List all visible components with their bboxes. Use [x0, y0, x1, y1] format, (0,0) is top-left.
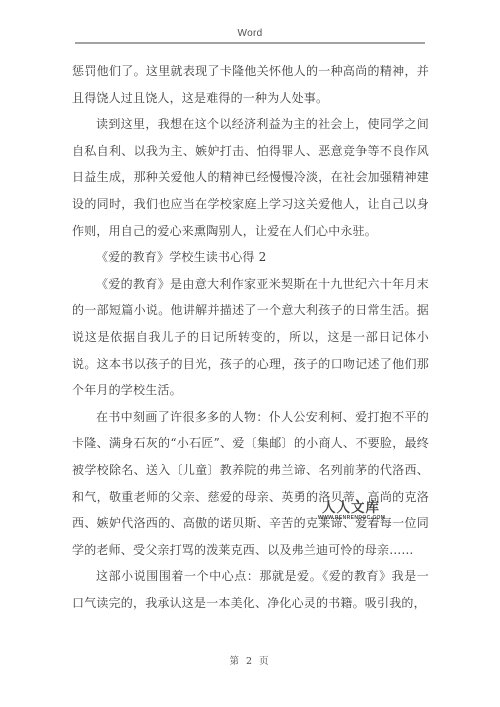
section-heading: 《爱的教育》学校生读书心得 2 — [72, 244, 429, 271]
paragraph-continuation: 惩罚他们了。这里就表现了卡隆他关怀他人的一种高尚的精神，并且得饶人过且饶人，这是… — [72, 58, 429, 111]
paragraph-reflection: 读到这里，我想在这个以经济利益为主的社会上，使同学之间自私自利、以我为主、嫉妒打… — [72, 111, 429, 244]
page-number-footer: 第 2 页 — [0, 653, 500, 667]
paragraph-characters: 在书中刻画了许很多多的人物：仆人公安利柯、爱打抱不平的卡隆、满身石灰的“小石匠”… — [72, 404, 429, 564]
page-header-app-label: Word — [0, 28, 500, 39]
document-body: 惩罚他们了。这里就表现了卡隆他关怀他人的一种高尚的精神，并且得饶人过且饶人，这是… — [72, 58, 429, 616]
paragraph-theme: 这部小说围围着一个中心点：那就是爱。《爱的教育》我是一口气读完的，我承认这是一本… — [72, 563, 429, 616]
document-page: Word 惩罚他们了。这里就表现了卡隆他关怀他人的一种高尚的精神，并且得饶人过且… — [0, 0, 500, 707]
header-divider-line — [75, 42, 425, 44]
paragraph-book-intro: 《爱的教育》是由意大利作家亚米契斯在十九世纪六十年月末的一部短篇小说。他讲解并描… — [72, 271, 429, 404]
